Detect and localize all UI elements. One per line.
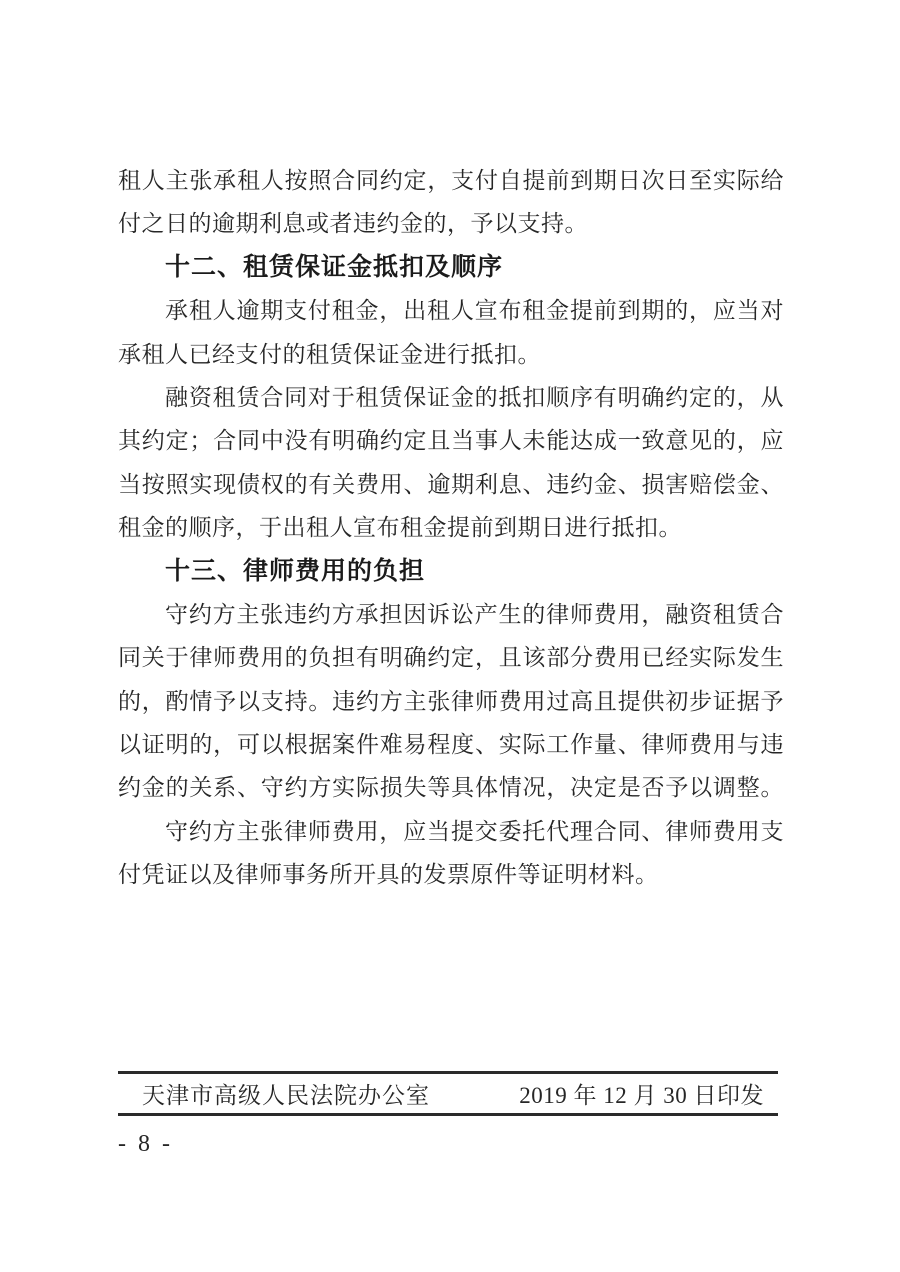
text-line: 当按照实现债权的有关费用、逾期利息、违约金、损害赔偿金、 — [118, 463, 784, 506]
footer-print-date: 2019 年 12 月 30 日印发 — [519, 1077, 764, 1110]
document-body: 租人主张承租人按照合同约定，支付自提前到期日次日至实际给 付之日的逾期利息或者违… — [118, 159, 784, 897]
text-line: 的，酌情予以支持。违约方主张律师费用过高且提供初步证据予 — [118, 680, 784, 723]
section-heading-12: 十二、租赁保证金抵扣及顺序 — [118, 246, 784, 289]
text-line: 约金的关系、守约方实际损失等具体情况，决定是否予以调整。 — [118, 766, 784, 809]
footer-colophon: 天津市高级人民法院办公室 2019 年 12 月 30 日印发 — [118, 1071, 778, 1116]
text-line: 租人主张承租人按照合同约定，支付自提前到期日次日至实际给 — [118, 159, 784, 202]
text-line: 承租人逾期支付租金，出租人宣布租金提前到期的，应当对 — [118, 289, 784, 332]
section-heading-13: 十三、律师费用的负担 — [118, 550, 784, 593]
text-line: 承租人已经支付的租赁保证金进行抵扣。 — [118, 333, 784, 376]
text-line: 其约定；合同中没有明确约定且当事人未能达成一致意见的，应 — [118, 419, 784, 462]
text-line: 守约方主张违约方承担因诉讼产生的律师费用，融资租赁合 — [118, 593, 784, 636]
footer-issuing-office: 天津市高级人民法院办公室 — [142, 1077, 430, 1110]
text-line: 以证明的，可以根据案件难易程度、实际工作量、律师费用与违 — [118, 723, 784, 766]
text-line: 守约方主张律师费用，应当提交委托代理合同、律师费用支 — [118, 810, 784, 853]
text-line: 租金的顺序，于出租人宣布租金提前到期日进行抵扣。 — [118, 506, 784, 549]
document-page: 租人主张承租人按照合同约定，支付自提前到期日次日至实际给 付之日的逾期利息或者违… — [0, 0, 900, 1272]
text-line: 同关于律师费用的负担有明确约定，且该部分费用已经实际发生 — [118, 636, 784, 679]
text-line: 付凭证以及律师事务所开具的发票原件等证明材料。 — [118, 853, 784, 896]
page-number: - 8 - — [118, 1131, 173, 1158]
text-line: 融资租赁合同对于租赁保证金的抵扣顺序有明确约定的，从 — [118, 376, 784, 419]
text-line: 付之日的逾期利息或者违约金的，予以支持。 — [118, 202, 784, 245]
